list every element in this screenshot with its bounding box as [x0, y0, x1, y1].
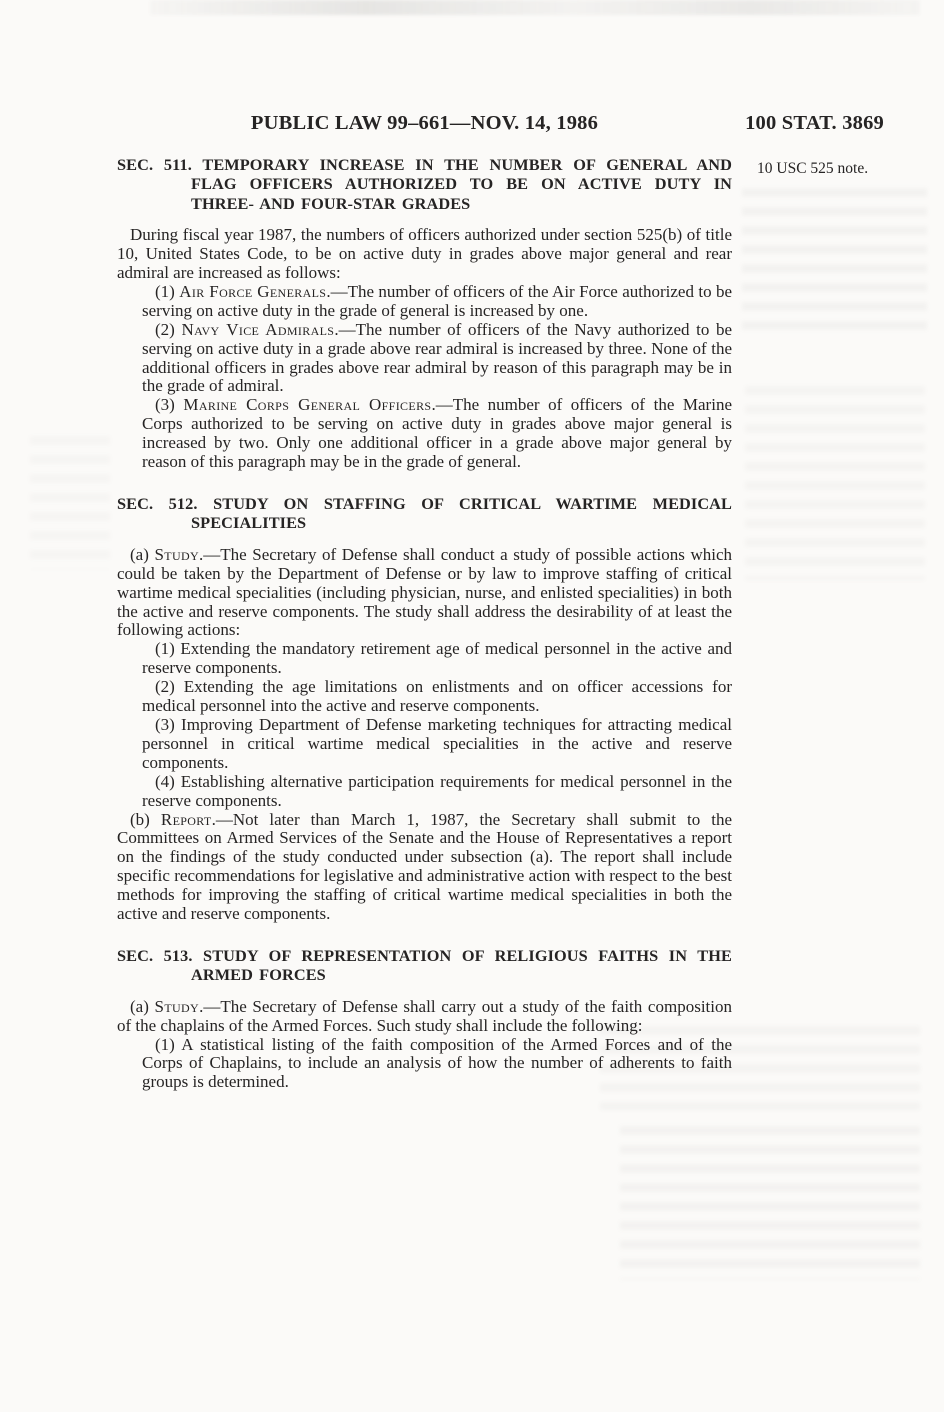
subsection-letter: (a): [130, 545, 154, 564]
subsection-term: Report: [161, 810, 212, 829]
scan-noise: [150, 0, 920, 15]
item-number: (2): [155, 320, 181, 339]
item-number: (1): [155, 282, 179, 301]
item-number: (3): [155, 395, 183, 414]
bleedthrough-ghost: [30, 430, 110, 570]
page-header: PUBLIC LAW 99–661—NOV. 14, 1986 100 STAT…: [117, 112, 884, 135]
subsection-term: Study: [154, 545, 199, 564]
sec512-item-4: (4) Establishing alternative participati…: [142, 773, 732, 811]
bleedthrough-ghost: [745, 380, 925, 580]
statute-page: PUBLIC LAW 99–661—NOV. 14, 1986 100 STAT…: [0, 0, 944, 1412]
sec511-item-1: (1) Air Force Generals.—The number of of…: [142, 283, 732, 321]
item-term: Marine Corps General Officers: [183, 395, 431, 414]
subsection-text: .—The Secretary of Defense shall conduct…: [117, 545, 732, 640]
sec512-item-1: (1) Extending the mandatory retirement a…: [142, 640, 732, 678]
margin-note-usc: 10 USC 525 note.: [757, 160, 912, 178]
sec512-item-3: (3) Improving Department of Defense mark…: [142, 716, 732, 773]
bleedthrough-ghost: [742, 182, 927, 337]
law-title: PUBLIC LAW 99–661—NOV. 14, 1986: [117, 112, 732, 135]
sec513-para-a: (a) Study.—The Secretary of Defense shal…: [117, 998, 732, 1036]
sec511-item-2: (2) Navy Vice Admirals.—The number of of…: [142, 321, 732, 397]
sec512-item-2: (2) Extending the age limitations on enl…: [142, 678, 732, 716]
sec511-item-3: (3) Marine Corps General Officers.—The n…: [142, 396, 732, 472]
sec511-heading: SEC. 511. TEMPORARY INCREASE IN THE NUMB…: [117, 155, 732, 213]
sec513-item-1: (1) A statistical listing of the faith c…: [142, 1036, 732, 1093]
subsection-term: Study: [155, 997, 200, 1016]
text-column: SEC. 511. TEMPORARY INCREASE IN THE NUMB…: [117, 155, 732, 1092]
sec511-intro: During fiscal year 1987, the numbers of …: [117, 226, 732, 283]
subsection-text: .—The Secretary of Defense shall carry o…: [117, 997, 732, 1035]
subsection-letter: (b): [130, 810, 161, 829]
sec512-para-b: (b) Report.—Not later than March 1, 1987…: [117, 811, 732, 924]
subsection-letter: (a): [130, 997, 155, 1016]
bleedthrough-ghost: [620, 1120, 920, 1280]
stat-page-number: 100 STAT. 3869: [732, 112, 884, 135]
sec512-heading: SEC. 512. STUDY ON STAFFING OF CRITICAL …: [117, 494, 732, 533]
sec513-heading: SEC. 513. STUDY OF REPRESENTATION OF REL…: [117, 946, 732, 985]
item-term: Air Force Generals: [179, 282, 326, 301]
sec512-para-a: (a) Study.—The Secretary of Defense shal…: [117, 546, 732, 641]
item-term: Navy Vice Admirals: [181, 320, 334, 339]
